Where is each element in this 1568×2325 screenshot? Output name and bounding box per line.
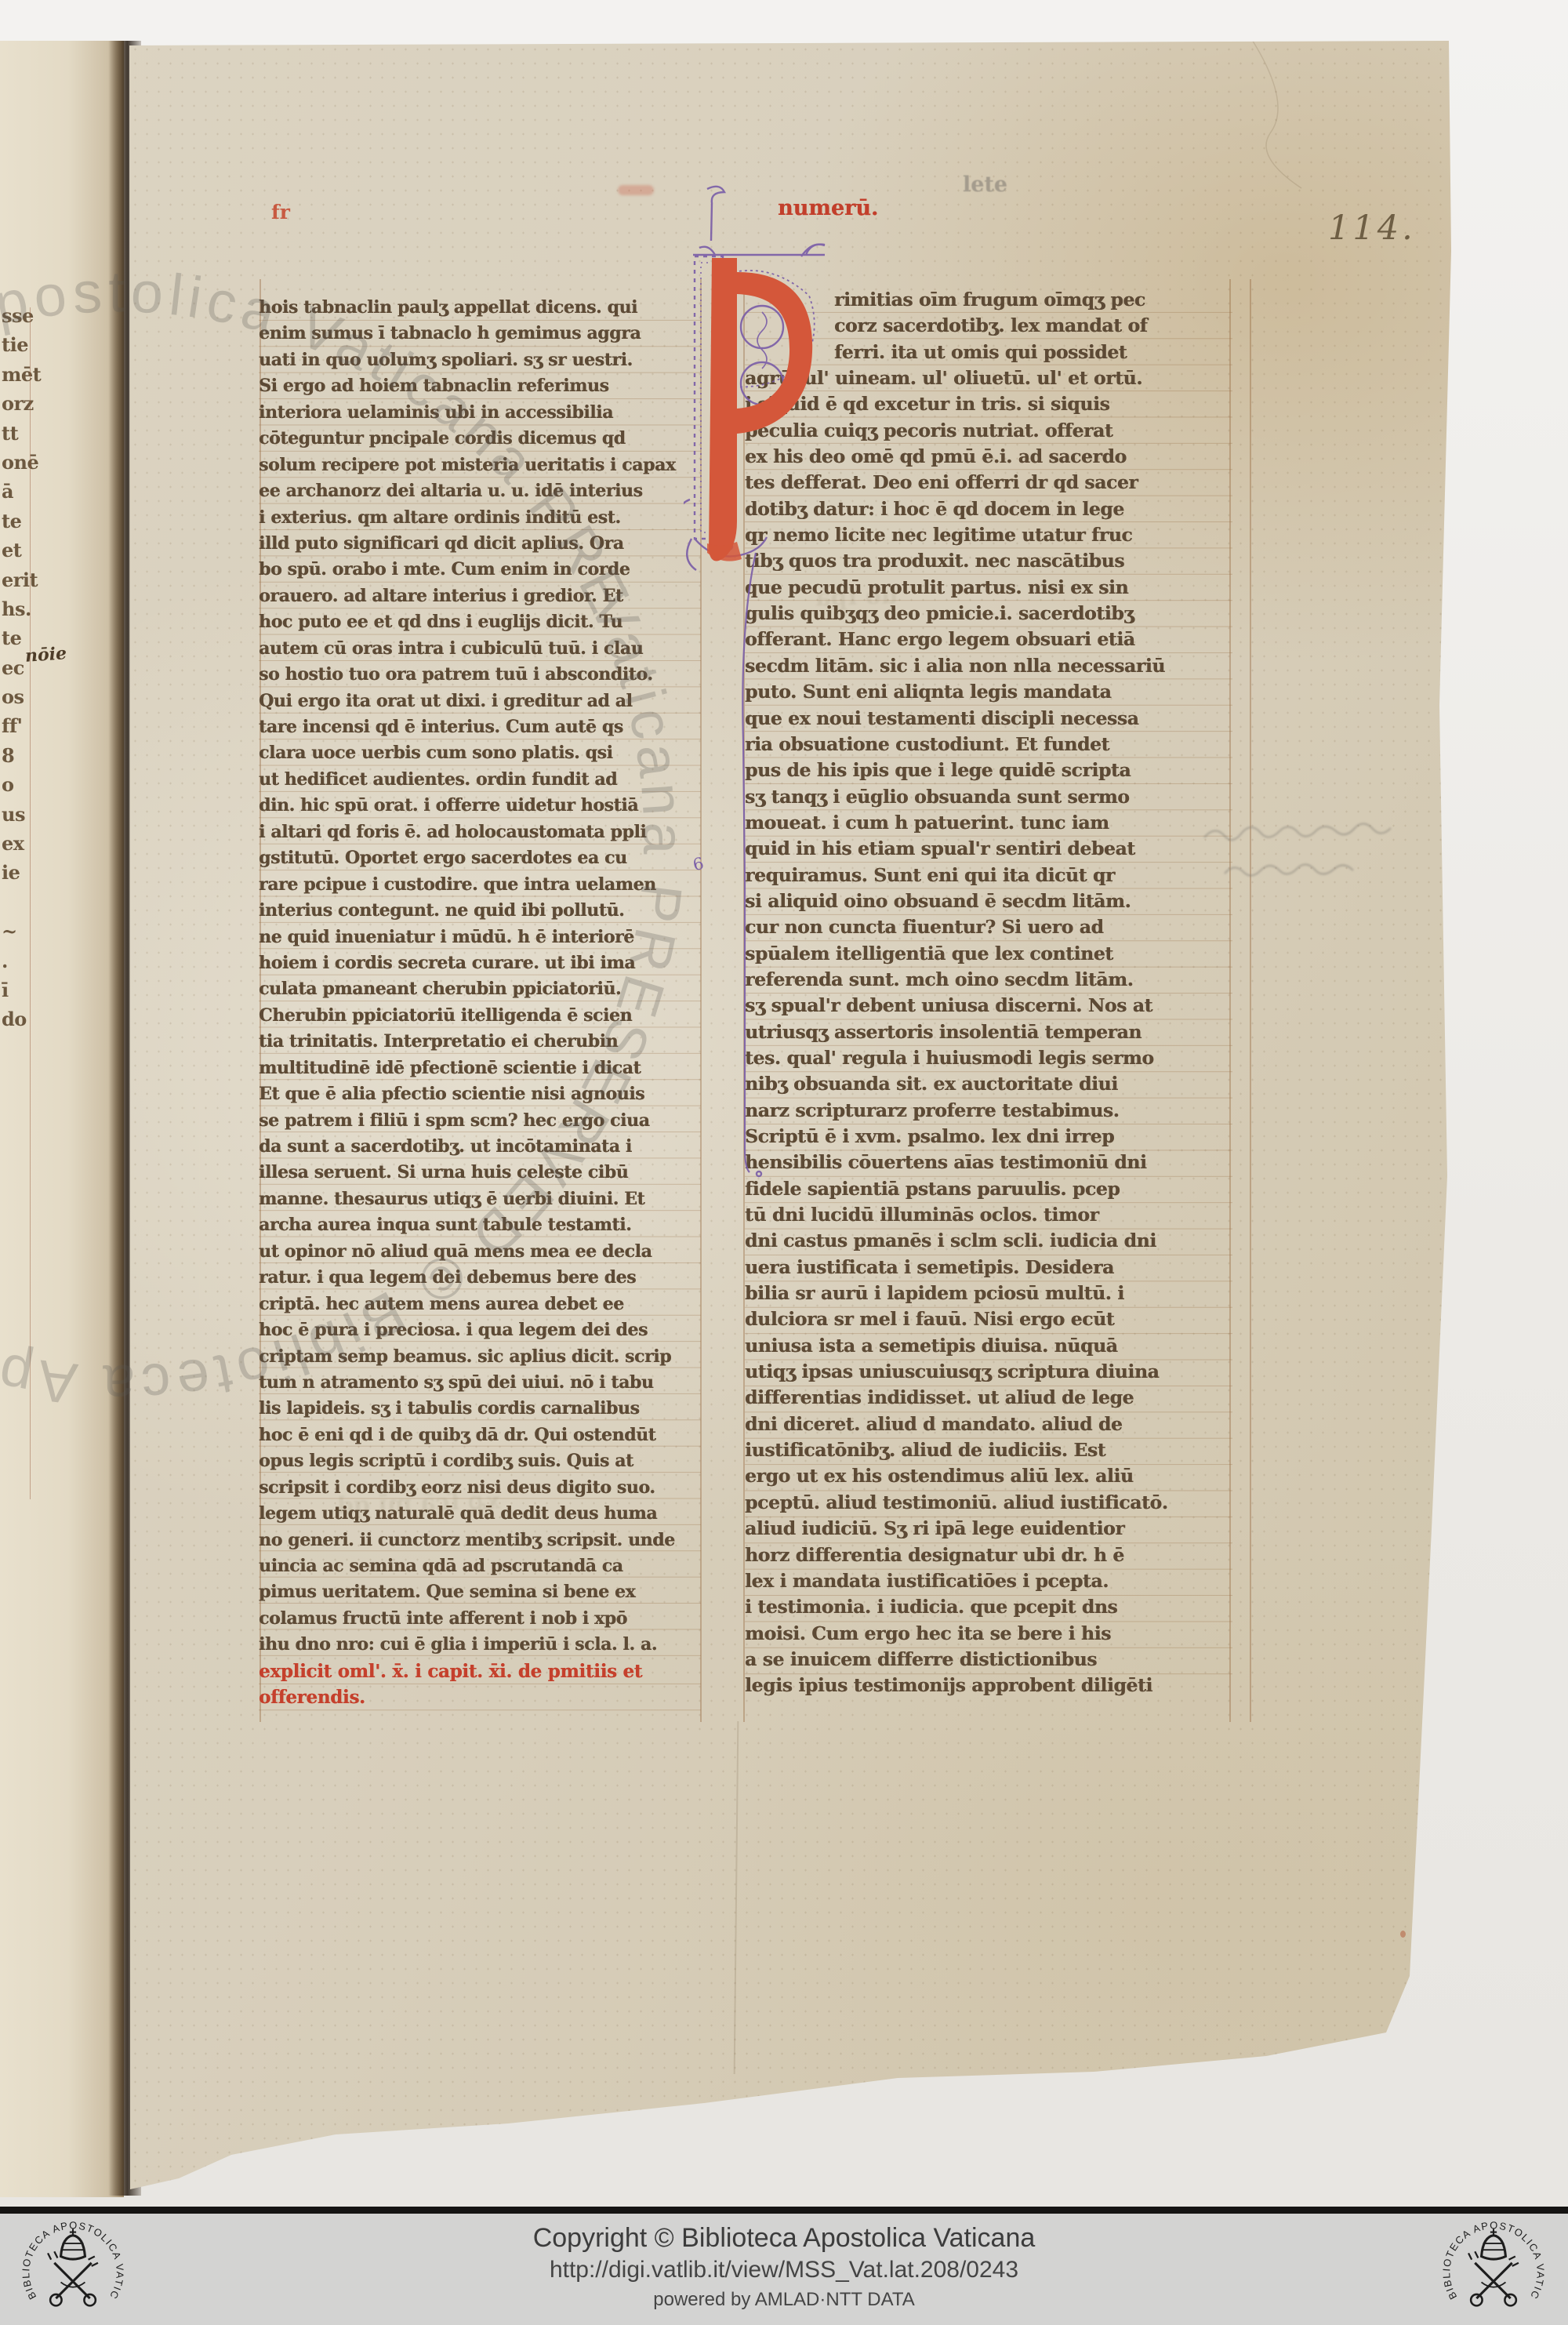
manuscript-text-line: dni castus pmanēs i sclm scli. iudicia d… [745, 1228, 1232, 1254]
manuscript-text-line: interius contegunt. ne quid ibi pollutū. [259, 898, 701, 924]
offset-ghost-text: lete [963, 173, 1007, 197]
lower-intercolumn-crease [734, 1721, 739, 2074]
facing-page-edge: ssetiemētorzttonēāteeteriths.teecosff'8o… [0, 41, 124, 2197]
facing-page-line-fragments: ssetiemētorzttonēāteeteriths.teecosff'8o… [2, 301, 96, 1034]
manuscript-text-line: aliud iudiciū. Sʒ ri ipā lege euidentior [745, 1516, 1232, 1542]
manuscript-text-line: interiora uelaminis ubi in accessibilia [259, 400, 701, 426]
manuscript-text-line: utiqʒ ipsas uniuscuiusqʒ scriptura diuin… [745, 1359, 1232, 1385]
verso-showthrough: uō ſpā [815, 582, 898, 612]
edge-fragment [2, 888, 96, 917]
edge-fragment: mēt [2, 360, 96, 389]
manuscript-text-line: gstitutū. Oportet ergo sacerdotes ea cu [259, 845, 701, 871]
edge-fragment: us [2, 800, 96, 829]
edge-fragment: erit [2, 565, 96, 594]
folio-number: 114. [1328, 209, 1416, 248]
manuscript-text-line: opus legis scriptū i cordibʒ suis. Quis … [259, 1448, 701, 1474]
ink-speck [1400, 1931, 1406, 1938]
manuscript-text-line: tia trinitatis. Interpretatio ei cherubi… [259, 1029, 701, 1055]
manuscript-text-line: dulciora sr mel i fauū. Nisi ergo ecūt [745, 1306, 1232, 1332]
manuscript-text-line: dni diceret. aliud d mandato. aliud de [745, 1411, 1232, 1437]
manuscript-text-line: tū dni lucidū illuminās oclos. timor [745, 1202, 1232, 1228]
manuscript-text-line: rare pcipue i custodire. que intra uelam… [259, 872, 701, 898]
manuscript-text-line: pimus ueritatem. Que semina si bene ex [259, 1579, 701, 1605]
manuscript-text-line: orauero. ad altare interius i gredior. E… [259, 583, 701, 609]
manuscript-text-line: Cherubin ppiciatoriū itelligenda ē scien [259, 1003, 701, 1029]
edge-fragment: tie [2, 330, 96, 359]
edge-fragment: 8 [2, 741, 96, 770]
manuscript-text-line: i testimonia. i iudicia. que pcepit dns [745, 1594, 1232, 1620]
edge-fragment: do [2, 1004, 96, 1034]
manuscript-text-line: no generi. ii cunctorz mentibʒ scripsit.… [259, 1528, 701, 1553]
manuscript-text-line: autem cū oras intra i cubiculū tuū. i cl… [259, 636, 701, 662]
edge-fragment: et [2, 536, 96, 565]
manuscript-text-line: culata pmaneant cherubin ppiciatoriū. [259, 976, 701, 1002]
manuscript-text-line: horz differentia designatur ubi dr. h ē [745, 1542, 1232, 1568]
manuscript-text-line: hoc ē pura i preciosa. i qua legem dei d… [259, 1317, 701, 1343]
left-column-explicit-rubric: explicit oml'. x̄. i capit. x̄i. de pmit… [259, 1658, 701, 1711]
manuscript-text-line: ratur. i qua legem dei debemus bere des [259, 1265, 701, 1291]
manuscript-text-line: din. hic spū orat. i offerre uidetur hos… [259, 793, 701, 819]
manuscript-text-line: i altari qd foris ē. ad holocaustomata p… [259, 819, 701, 845]
parchment-crease [1223, 24, 1458, 196]
manuscript-text-line: so hostio tuo ora patrem tuū i abscondit… [259, 662, 701, 688]
ruling-vertical-right-2 [1250, 279, 1251, 1722]
footer-copyright-text: Copyright © Biblioteca Apostolica Vatica… [0, 2223, 1568, 2254]
manuscript-text-line: hoiem i cordis secreta curare. ut ibi im… [259, 950, 701, 976]
manuscript-text-line: cōteguntur pncipale cordis dicemus qd [259, 426, 701, 452]
initial-letter-body [707, 258, 812, 561]
edge-fragment: ff' [2, 711, 96, 740]
manuscript-text-line: multitudinē idē pfectionē scientie i dic… [259, 1055, 701, 1081]
manuscript-text-line: lex i mandata iustificatiōes i pcepta. [745, 1568, 1232, 1594]
vatican-library-logo-left: BIBLIOTECA APOSTOLICA VATICANA [20, 2218, 125, 2323]
edge-fragment: sse [2, 301, 96, 330]
decorated-initial-P [684, 184, 840, 1204]
vatican-library-logo-right: BIBLIOTECA APOSTOLICA VATICANA [1441, 2218, 1546, 2323]
rubric-text-line: explicit oml'. x̄. i capit. x̄i. de pmit… [259, 1658, 701, 1684]
manuscript-text-line: da sunt a sacerdotibʒ. ut incōtaminata i [259, 1134, 701, 1160]
edge-fragment: ex [2, 829, 96, 858]
edge-fragment: os [2, 682, 96, 711]
manuscript-text-line: uniusa ista a semetipis diuisa. nūquā [745, 1333, 1232, 1359]
manuscript-text-line: criptam semp beamus. sic aplius dicit. s… [259, 1344, 701, 1370]
facing-page-ruled-line [30, 307, 31, 1499]
manuscript-text-line: hoc puto ee et qd dns i euglijs dicit. T… [259, 609, 701, 635]
manuscript-text-line: manne. thesaurus utiqʒ ē uerbi diuini. E… [259, 1186, 701, 1212]
manuscript-text-line: clara uoce uerbis cum sono platis. qsi [259, 740, 701, 766]
footer-copyright-bar: Copyright © Biblioteca Apostolica Vatica… [0, 2214, 1568, 2325]
manuscript-text-line: tum n atramento sʒ spū dei uiui. nō i ta… [259, 1370, 701, 1396]
digitized-manuscript-viewer-page: ssetiemētorzttonēāteeteriths.teecosff'8o… [0, 0, 1568, 2325]
manuscript-text-line: Qui ergo ita orat ut dixi. i greditur ad… [259, 688, 701, 714]
manuscript-text-line: moisi. Cum ergo hec ita se bere i his [745, 1621, 1232, 1647]
manuscript-text-line: bilia sr aurū i lapidem pciosū multū. i [745, 1281, 1232, 1306]
manuscript-text-line: enim sumus ī tabnaclo h gemimus aggra [259, 321, 701, 347]
manuscript-text-line: Et que ē alia pfectio scientie nisi agno… [259, 1081, 701, 1107]
faded-handwritten-inscription [1198, 816, 1417, 902]
edge-fragment: tt [2, 419, 96, 448]
rubric-text-line: offerendis. [259, 1684, 701, 1710]
manuscript-text-line: ut hedificet audientes. ordin fundit ad [259, 767, 701, 793]
quire-signature-mark: fr [271, 201, 290, 223]
manuscript-text-line: se patrem i filiū i spm scm? hec ergo ci… [259, 1108, 701, 1134]
manuscript-text-line: ee archanorz dei altaria u. u. idē inter… [259, 478, 701, 504]
manuscript-text-line: uera iustificata i semetipis. Desidera [745, 1255, 1232, 1281]
papal-keys-tiara-emblem [48, 2229, 98, 2305]
edge-fragment: hs. [2, 594, 96, 623]
papal-keys-tiara-emblem [1468, 2229, 1519, 2305]
footer-powered-by: powered by AMLAD·NTT DATA [0, 2289, 1568, 2311]
edge-fragment: orz [2, 389, 96, 418]
photo-bottom-border [0, 2207, 1568, 2214]
red-ink-offset-smudge [618, 185, 654, 195]
manuscript-text-line: Si ergo ad hoiem tabnaclin referimus [259, 373, 701, 399]
manuscript-text-line: archa aurea inqua sunt tabule testamti. [259, 1212, 701, 1238]
footer-source-url: http://digi.vatlib.it/view/MSS_Vat.lat.2… [0, 2257, 1568, 2283]
edge-fragment: . [2, 946, 96, 975]
manuscript-text-line: hois tabnaclin paulʒ appellat dicens. qu… [259, 295, 701, 321]
facing-page-margin-note: nōie [24, 643, 67, 667]
manuscript-text-line: solum recipere pot misteria ueritatis i … [259, 452, 701, 478]
manuscript-text-line: bo spū. orabo i mte. Cum enim in corde [259, 557, 701, 583]
manuscript-text-line: colamus fructū inte afferent i nob i xpō [259, 1606, 701, 1632]
manuscript-text-line: i exterius. qm altare ordinis inditū est… [259, 505, 701, 531]
edge-fragment: ā [2, 477, 96, 506]
manuscript-text-line: illd puto significari qd dicit aplius. O… [259, 531, 701, 557]
manuscript-text-line: legis ipius testimonijs approbent diligē… [745, 1673, 1232, 1698]
manuscript-text-line: a se inuicem differre distictionibus [745, 1647, 1232, 1673]
edge-fragment: ī [2, 975, 96, 1004]
manuscript-text-line: ihu dno nro: cui ē glia i imperiū i scla… [259, 1632, 701, 1658]
manuscript-text-line: illesa seruent. Si urna huis celeste cib… [259, 1160, 701, 1186]
manuscript-text-line: uati in quo uolumʒ spoliari. sʒ sr uestr… [259, 347, 701, 373]
parchment-leaf: numerū. fr lete 114. hois tabnaclin paul… [0, 0, 1568, 2325]
edge-fragment: ~ [2, 917, 96, 946]
edge-fragment: te [2, 507, 96, 536]
left-column-text-lines: hois tabnaclin paulʒ appellat dicens. qu… [259, 295, 701, 1658]
manuscript-text-line: iustificatōnibʒ. aliud de iudiciis. Est [745, 1437, 1232, 1463]
edge-fragment: onē [2, 448, 96, 477]
manuscript-text-line: lis lapideis. sʒ i tabulis cordis carnal… [259, 1396, 701, 1422]
manuscript-text-line: ne quid inueniatur i mūdū. h ē interiorē [259, 925, 701, 950]
manuscript-text-line: ergo ut ex his ostendimus aliū lex. aliū [745, 1463, 1232, 1489]
edge-fragment: ie [2, 858, 96, 887]
manuscript-text-line: pceptū. aliud testimoniū. aliud iustific… [745, 1490, 1232, 1516]
verso-showthrough: xꝓ ſcā mī qd [336, 1487, 500, 1520]
edge-fragment: o [2, 770, 96, 799]
manuscript-text-line: hoc ē eni qd i de quibʒ dā dr. Qui osten… [259, 1422, 701, 1448]
manuscript-text-line: ut opinor nō aliud quā mens mea ee decla [259, 1239, 701, 1265]
manuscript-text-line: uincia ac semina qdā ad pscrutandā ca [259, 1553, 701, 1579]
manuscript-text-line: criptā. hec autem mens aurea debet ee [259, 1291, 701, 1317]
manuscript-text-line: differentias indidisset. ut aliud de leg… [745, 1385, 1232, 1411]
manuscript-text-line: tare incensi qd ē interius. Cum autē qs [259, 714, 701, 740]
